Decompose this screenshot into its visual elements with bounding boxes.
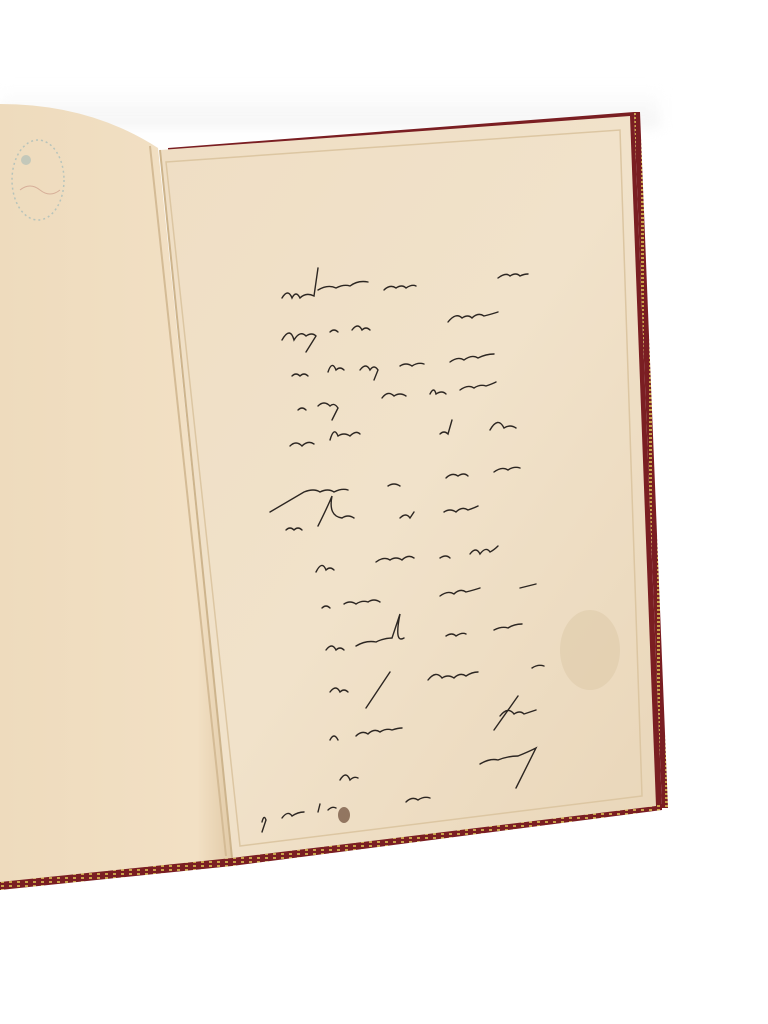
open-book bbox=[0, 0, 768, 1024]
right-page bbox=[160, 116, 656, 858]
photo-scene: Lamartine bbox=[0, 0, 768, 1024]
ink-blot bbox=[338, 807, 350, 823]
